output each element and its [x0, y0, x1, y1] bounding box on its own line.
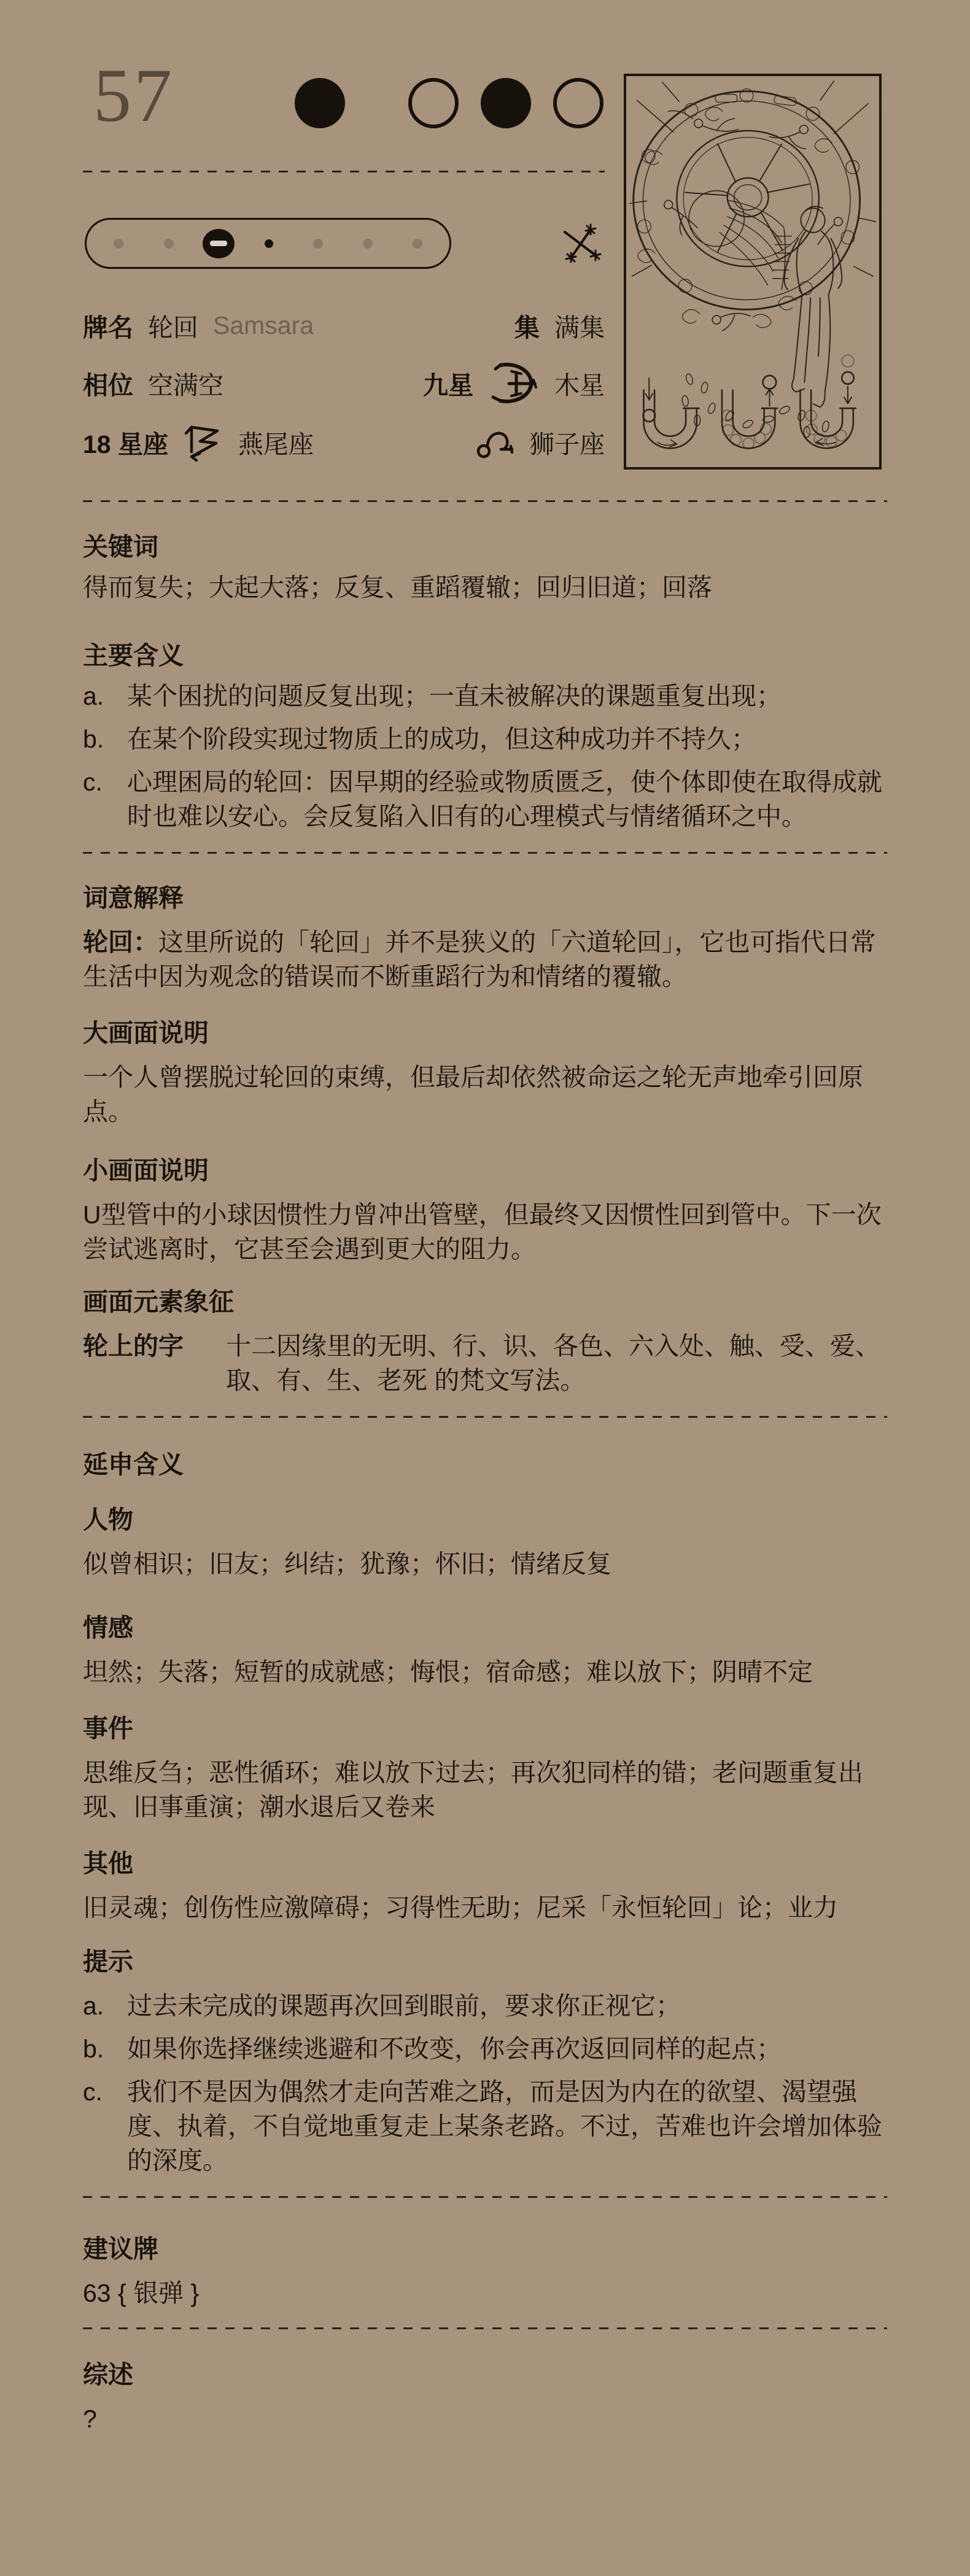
- word-meaning-text: 轮回：这里所说的「轮回」并不是狭义的「六道轮回」，它也可指代日常生活中因为观念的…: [83, 925, 887, 994]
- group-title-people: 人物: [83, 1503, 887, 1537]
- section-divider: [83, 2327, 887, 2329]
- field-row-aspect: 相位 空满空 九星 木星: [83, 363, 605, 403]
- group-title-other: 其他: [83, 1846, 887, 1881]
- section-divider: [83, 2196, 887, 2198]
- section-title-word-meaning: 词意解释: [83, 881, 887, 915]
- card-body: 关键词 得而复失；大起大落；反复、重蹈覆辙；回归旧道；回落 主要含义 a. 某个…: [0, 500, 970, 2436]
- phase-circle-outline: [408, 78, 459, 128]
- list-item-text: 过去未完成的课题再次回到眼前，要求你正视它；: [127, 1992, 681, 2020]
- word-text: 这里所说的「轮回」并不是狭义的「六道轮回」，它也可指代日常生活中因为观念的错误而…: [83, 928, 876, 991]
- phase-circle-filled: [295, 78, 345, 128]
- section-title-extended: 延申含义: [83, 1447, 887, 1482]
- jupiter-crescent-icon: [488, 362, 540, 404]
- list-item-label: a.: [83, 679, 104, 713]
- name-en: Samsara: [213, 311, 314, 340]
- slider-dot[interactable]: [363, 239, 373, 249]
- list-item: a. 某个困扰的问题反复出现；一直未被解决的课题重复出现；: [83, 679, 887, 713]
- swallowtail-icon: [183, 421, 223, 463]
- section-title-overview: 综述: [83, 2357, 887, 2392]
- list-item-label: c.: [83, 2075, 103, 2109]
- list-item-text: 某个困扰的问题反复出现；一直未被解决的课题重复出现；: [127, 682, 782, 710]
- symbol-label: 轮上的字: [83, 1329, 184, 1363]
- list-item: b. 如果你选择继续逃避和不改变，你会再次返回同样的起点；: [83, 2032, 887, 2066]
- group-title-event: 事件: [83, 1711, 887, 1746]
- crossed-arrows-icon: [557, 223, 607, 263]
- symbol-text: 十二因缘里的无明、行、识、各色、六入处、触、受、爱、取、有、生、老死 的梵文写法…: [226, 1332, 880, 1394]
- suggested-card-text: 63 { 银弹 }: [83, 2276, 887, 2310]
- big-picture-text: 一个人曾摆脱过轮回的束缚，但最后却依然被命运之轮无声地牵引回原点。: [83, 1060, 887, 1129]
- card-number: 57: [93, 58, 174, 134]
- keywords-text: 得而复失；大起大落；反复、重蹈覆辙；回归旧道；回落: [83, 570, 887, 605]
- list-item-label: b.: [83, 722, 104, 756]
- constellation-label: 18 星座: [83, 424, 168, 460]
- list-item: a. 过去未完成的课题再次回到眼前，要求你正视它；: [83, 1989, 887, 2023]
- phase-circle-filled: [481, 78, 531, 128]
- field-row-constellation: 18 星座 燕尾座: [83, 422, 605, 462]
- group-text-other: 旧灵魂；创伤性应激障碍；习得性无助；尼采「永恒轮回」论；业力: [83, 1890, 887, 1925]
- card-page: 57: [0, 0, 970, 2576]
- group-text-event: 思维反刍；恶性循环；难以放下过去；再次犯同样的错；老问题重复出现、旧事重演；潮水…: [83, 1755, 887, 1824]
- section-title-main-meanings: 主要含义: [83, 638, 887, 673]
- section-title-suggested-card: 建议牌: [83, 2232, 887, 2266]
- group-text-people: 似曾相识；旧友；纠结；犹豫；怀旧；情绪反复: [83, 1547, 887, 1581]
- minus-icon: [210, 241, 227, 246]
- section-divider: [83, 1416, 887, 1418]
- overview-text: ?: [83, 2402, 887, 2436]
- slider-dot-filled[interactable]: [265, 239, 273, 248]
- nine-star-label: 九星: [423, 365, 473, 401]
- section-divider: [83, 852, 887, 854]
- section-title-keywords: 关键词: [83, 530, 887, 564]
- list-item-text: 我们不是因为偶然才走向苦难之路，而是因为内在的欲望、渴望强度、执着，不自觉地重复…: [127, 2078, 882, 2175]
- section-title-small-picture: 小画面说明: [83, 1153, 887, 1188]
- card-header: 57: [0, 0, 970, 500]
- list-item: b. 在某个阶段实现过物质上的成功，但这种成功并不持久；: [83, 722, 887, 756]
- list-item-text: 心理困局的轮回：因早期的经验或物质匮乏，使个体即使在取得成就时也难以安心。会反复…: [127, 768, 882, 830]
- slider-dot[interactable]: [313, 239, 323, 249]
- word-term: 轮回：: [83, 928, 158, 956]
- slider-dot[interactable]: [164, 239, 174, 249]
- small-picture-text: U型管中的小球因惯性力曾冲出管壁，但最终又因惯性回到管中。下一次尝试逃离时，它甚…: [83, 1197, 887, 1266]
- group-text-emotion: 坦然；失落；短暂的成就感；悔恨；宿命感；难以放下；阴晴不定: [83, 1655, 887, 1689]
- symbol-row: 轮上的字 十二因缘里的无明、行、识、各色、六入处、触、受、爱、取、有、生、老死 …: [83, 1329, 887, 1398]
- name-value: 轮回: [148, 307, 198, 344]
- list-item-text: 在某个阶段实现过物质上的成功，但这种成功并不持久；: [127, 725, 756, 753]
- constellation-value: 燕尾座: [238, 424, 314, 460]
- zodiac-value: 狮子座: [529, 424, 605, 460]
- leo-icon: [476, 424, 514, 460]
- slider-dot[interactable]: [413, 239, 422, 249]
- list-item-label: a.: [83, 1989, 104, 2023]
- group-title-emotion: 情感: [83, 1611, 887, 1645]
- list-item: c. 心理困局的轮回：因早期的经验或物质匮乏，使个体即使在取得成就时也难以安心。…: [83, 765, 887, 834]
- phase-circle-outline: [553, 78, 603, 128]
- phase-slider[interactable]: [85, 218, 451, 269]
- section-title-symbols: 画面元素象征: [83, 1285, 887, 1319]
- aspect-value: 空满空: [148, 365, 223, 401]
- nine-star-value: 木星: [554, 365, 605, 401]
- list-item-text: 如果你选择继续逃避和不改变，你会再次返回同样的起点；: [127, 2035, 782, 2063]
- section-divider: [83, 500, 887, 502]
- name-label: 牌名: [83, 307, 133, 344]
- set-value: 满集: [554, 307, 605, 344]
- list-item-label: b.: [83, 2032, 104, 2066]
- field-row-name: 牌名 轮回 Samsara 集 满集: [83, 306, 605, 345]
- section-title-tips: 提示: [83, 1944, 887, 1979]
- slider-dot-active[interactable]: [203, 229, 235, 258]
- card-illustration: [624, 74, 882, 470]
- set-label: 集: [514, 307, 540, 344]
- header-divider: [83, 171, 605, 172]
- section-title-big-picture: 大画面说明: [83, 1016, 887, 1050]
- aspect-label: 相位: [83, 365, 133, 401]
- list-item-label: c.: [83, 765, 103, 799]
- list-item: c. 我们不是因为偶然才走向苦难之路，而是因为内在的欲望、渴望强度、执着，不自觉…: [83, 2075, 887, 2178]
- slider-dot[interactable]: [114, 239, 123, 249]
